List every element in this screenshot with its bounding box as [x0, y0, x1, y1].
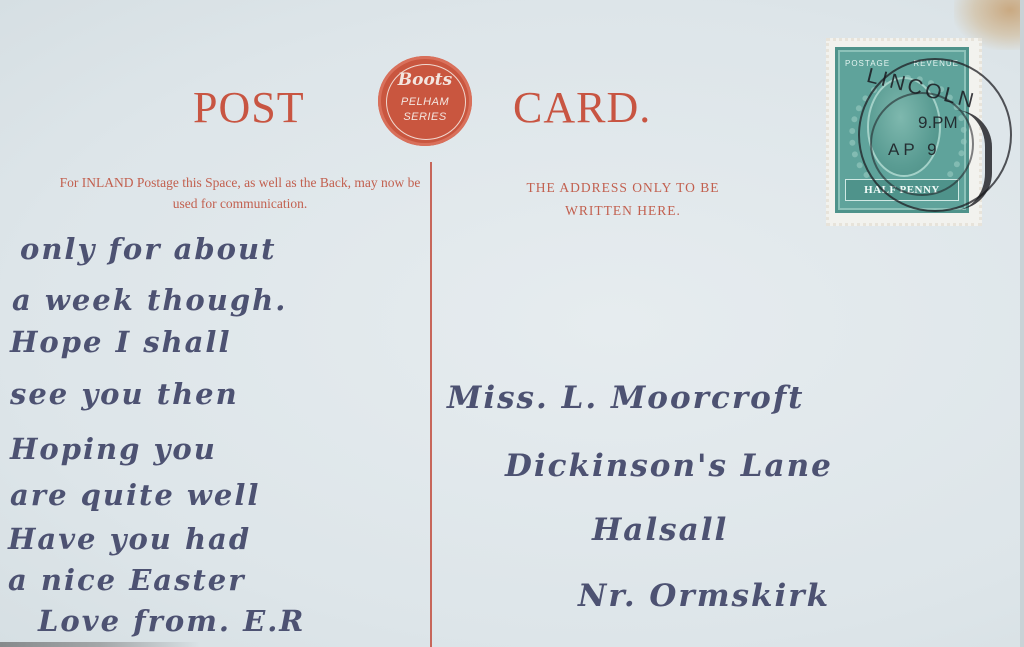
message-line: Have you had [8, 522, 251, 556]
postcard-back: POST Boots PELHAM SERIES CARD. For INLAN… [0, 0, 1024, 647]
boots-pelham-logo: Boots PELHAM SERIES [378, 56, 472, 146]
message-line: a nice Easter [8, 563, 246, 597]
title-card: CARD. [513, 82, 651, 133]
postmark-date: AP 9 [888, 140, 941, 160]
logo-series-line2: SERIES [378, 111, 472, 123]
card-shadow [0, 642, 200, 647]
address-town: Nr. Ormskirk [578, 578, 830, 614]
message-line: are quite well [10, 478, 260, 512]
title-post: POST [193, 82, 305, 133]
message-signature: Love from. E.R [38, 604, 305, 638]
message-line: Hope I shall [10, 325, 231, 359]
address-notice-line1: THE ADDRESS ONLY TO BE [478, 176, 768, 199]
message-line: see you then [10, 377, 239, 411]
message-side-notice: For INLAND Postage this Space, as well a… [55, 172, 425, 214]
postmark-time: 9.PM [918, 113, 958, 133]
card-edge [1020, 0, 1024, 647]
center-divider [430, 162, 432, 647]
message-line: Hoping you [10, 432, 217, 466]
address-street: Dickinson's Lane [505, 448, 833, 484]
message-line: only for about [20, 232, 276, 266]
address-notice-line2: WRITTEN HERE. [478, 199, 768, 222]
address-name: Miss. L. Moorcroft [447, 380, 805, 416]
address-side-notice: THE ADDRESS ONLY TO BE WRITTEN HERE. [478, 176, 768, 222]
address-village: Halsall [592, 512, 728, 548]
logo-series-line1: PELHAM [378, 96, 472, 108]
logo-brand: Boots [378, 70, 472, 90]
message-line: a week though. [12, 283, 287, 317]
